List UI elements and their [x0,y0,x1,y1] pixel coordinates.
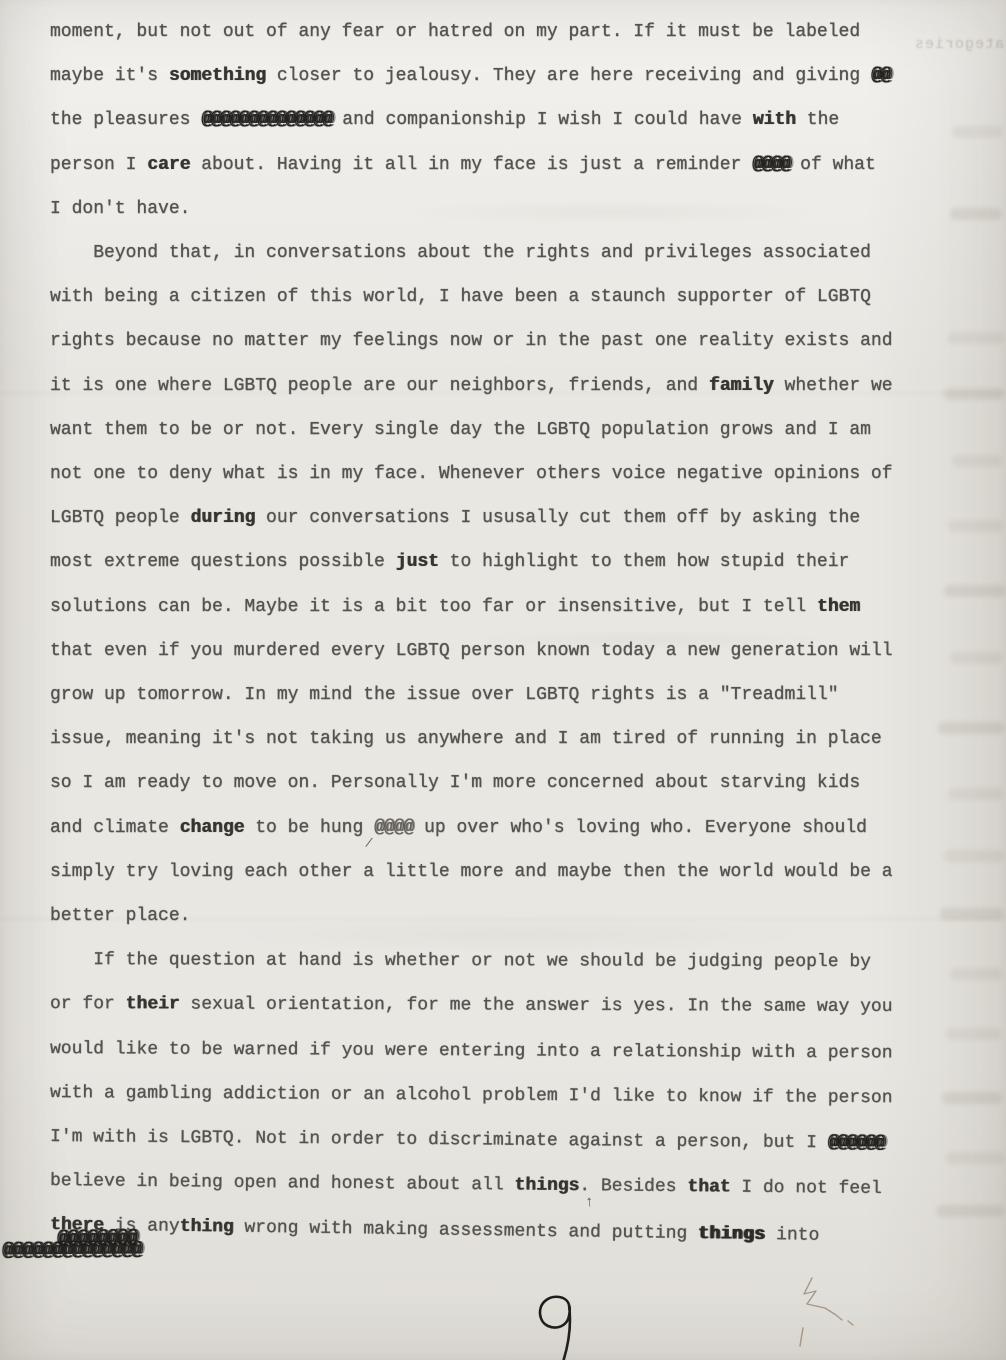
typed-line: rights because no matter my feelings now… [50,319,1006,363]
typed-line: and climate change to be hung @@@@ up ov… [50,806,1006,850]
bleedthrough-text: categories [914,36,1006,53]
handwritten-page-number [536,1292,578,1360]
bleedthrough-smudge [952,455,1002,467]
typed-line: would like to be warned if you were ente… [50,1027,1006,1076]
typed-body-text: moment, but not out of any fear or hatre… [50,10,1006,1248]
bleedthrough-smudge [952,126,1002,138]
typed-line: maybe it's something closer to jealousy.… [50,54,1006,98]
typed-line: with being a citizen of this world, I ha… [50,275,1006,319]
typed-line: or for their sexual orientation, for me … [50,982,1006,1030]
typed-line: issue, meaning it's not taking us anywhe… [50,717,1006,761]
typed-line: LGBTQ people during our conversations I … [50,496,1006,540]
typed-line: simply try loving each other a little mo… [50,850,1006,894]
bleedthrough-smudge [950,968,1002,980]
typed-line: If the question at hand is whether or no… [50,938,1006,985]
bleedthrough-smudge [948,520,1003,532]
bleedthrough-smudge [946,1152,1004,1164]
bleedthrough-smudge [948,788,1003,800]
typed-line: I don't have. [50,187,1006,231]
typed-line: want them to be or not. Every single day… [50,408,1006,452]
typed-line: with a gambling addiction or an alcohol … [50,1071,1006,1121]
typed-line: person I care about. Having it all in my… [50,143,1006,187]
typed-line: there is anything wrong with making asse… [50,1203,1006,1261]
typed-line: Beyond that, in conversations about the … [50,231,1006,275]
bleedthrough-smudge [940,908,1004,920]
bleedthrough-smudge [944,850,1004,862]
typed-line: that even if you murdered every LGBTQ pe… [50,629,1006,673]
caret-correction-mark: ↑ [584,1194,595,1212]
typed-line: I'm with is LGBTQ. Not in order to discr… [50,1115,1006,1167]
pen-scribble-mark [790,1272,860,1360]
bleedthrough-smudge [938,722,1004,734]
typed-line: so I am ready to move on. Personally I'm… [50,761,1006,805]
typed-line: grow up tomorrow. In my mind the issue o… [50,673,1006,717]
typed-line: it is one where LGBTQ people are our nei… [50,364,1006,408]
scanned-typewritten-page: moment, but not out of any fear or hatre… [0,0,1006,1360]
bleedthrough-smudge [946,1028,1001,1040]
typed-line: not one to deny what is in my face. When… [50,452,1006,496]
typed-strikeout-row: @@@@@@@@@@@@@@ [2,1241,141,1261]
typed-line: the pleasures @@@@@@@@@@@@@@ and compani… [50,98,1006,142]
bleedthrough-smudge [950,208,1002,220]
bleedthrough-smudge [948,332,1004,344]
bleedthrough-smudge [942,1092,1002,1104]
typed-line: solutions can be. Maybe it is a bit too … [50,585,1006,629]
bleedthrough-smudge [944,388,1004,400]
bleedthrough-smudge [950,652,1002,664]
typed-line: better place. [50,894,1006,938]
bleedthrough-smudge [936,1205,1004,1217]
typed-line: most extreme questions possible just to … [50,540,1006,584]
bleedthrough-smudge [944,585,1006,597]
typed-line: moment, but not out of any fear or hatre… [50,10,1006,54]
